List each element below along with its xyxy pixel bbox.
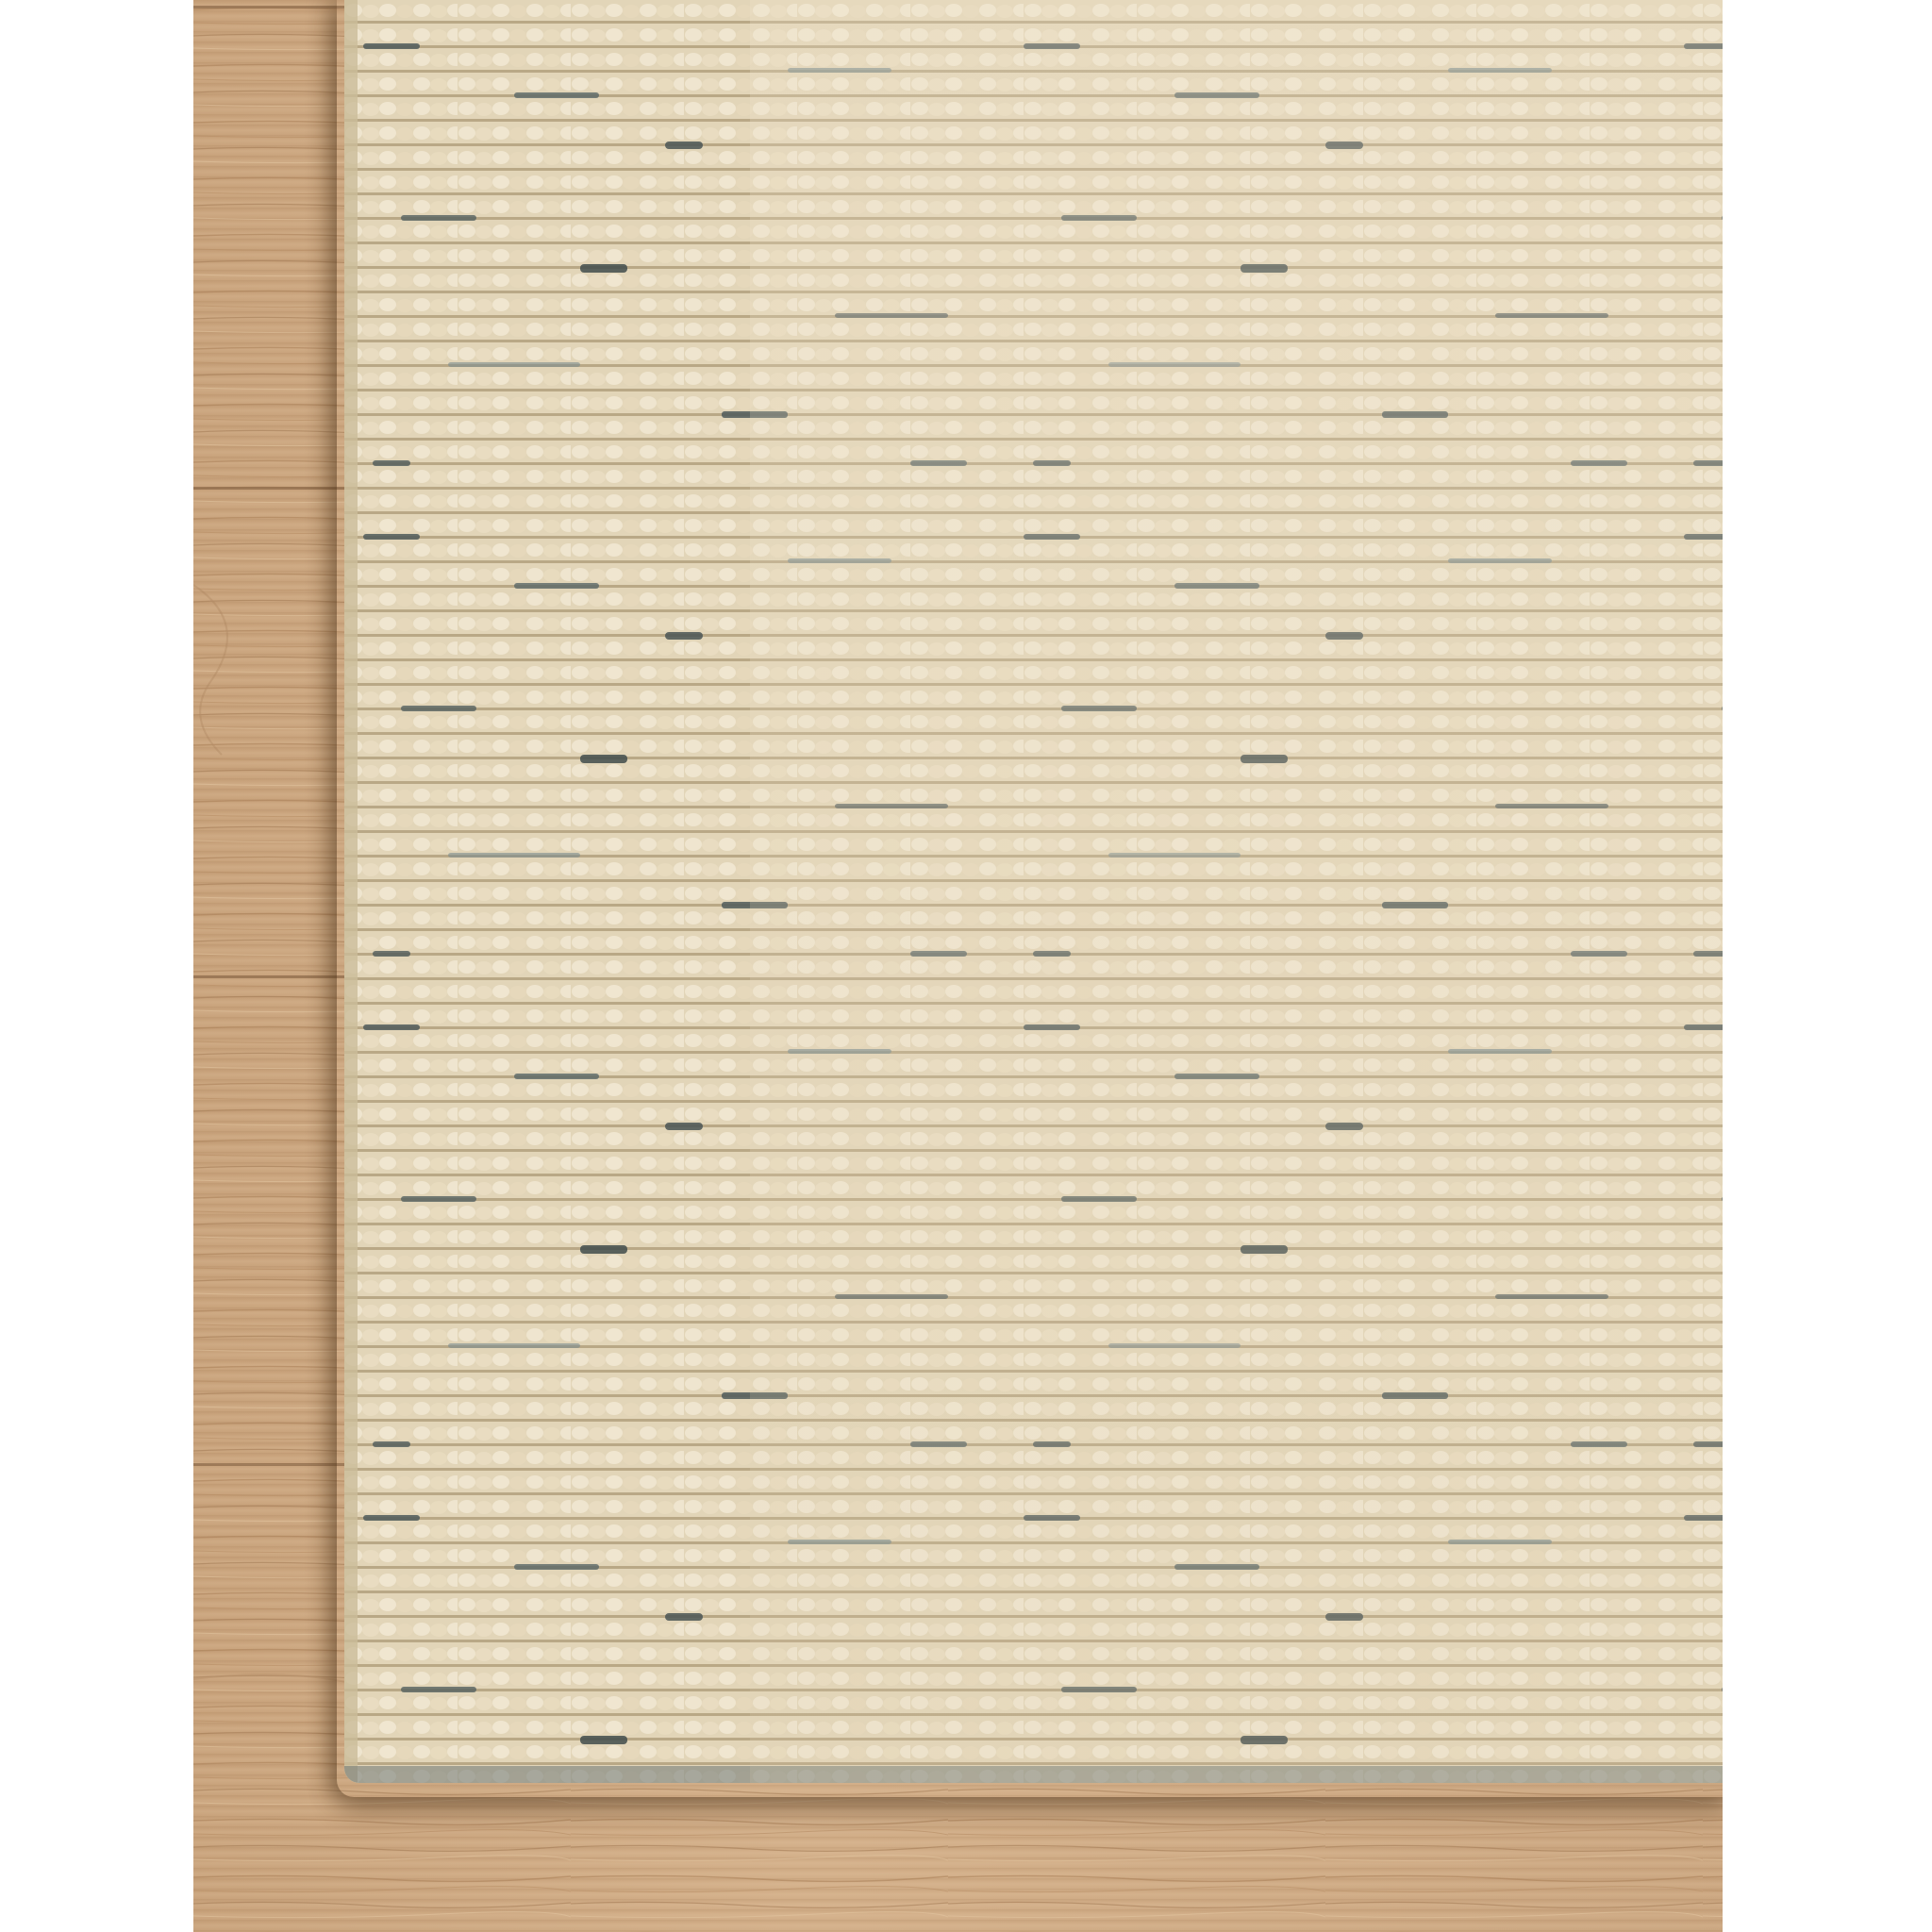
rug <box>344 0 1723 1783</box>
rug-texture <box>344 0 1723 1783</box>
photo-frame <box>193 0 1723 1932</box>
product-photo-canvas <box>0 0 1932 1932</box>
